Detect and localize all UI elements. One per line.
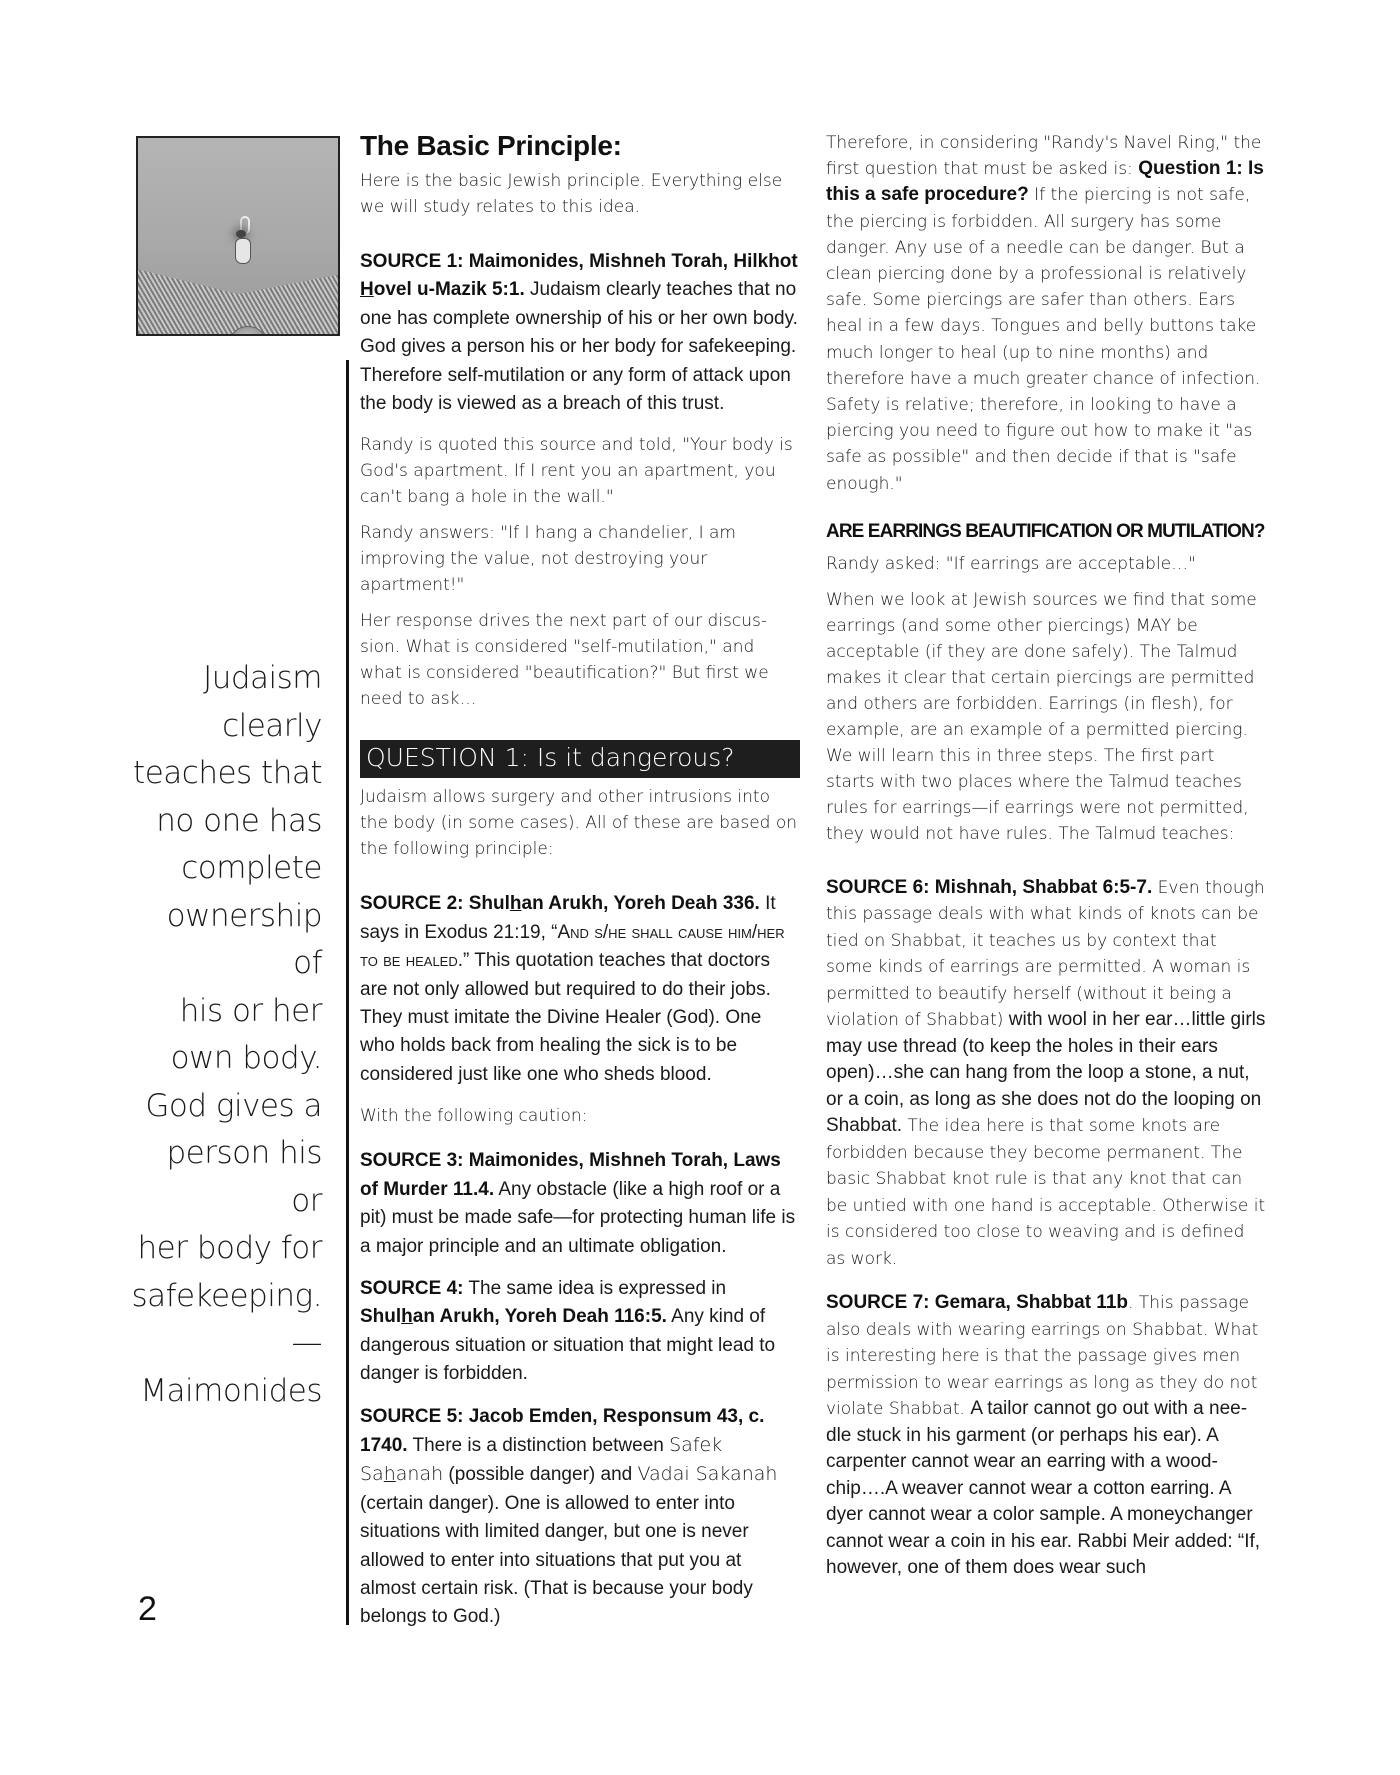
vertical-divider (346, 360, 349, 1625)
middle-column: The Basic Principle: Here is the basic J… (360, 130, 800, 1646)
navel-piercing-photo (136, 136, 340, 336)
pull-quote-attribution: —Maimonides (130, 1320, 322, 1415)
pull-quote-line: own body. (130, 1035, 322, 1083)
jewish-sources-paragraph: When we look at Jewish sources we find t… (826, 587, 1266, 847)
safety-paragraph: Therefore, in considering "Randy's Navel… (826, 130, 1266, 497)
source-4: SOURCE 4: The same idea is expressed in … (360, 1275, 800, 1389)
randy-answer-paragraph: Randy answers: "If I hang a chandelier, … (360, 520, 800, 598)
pull-quote-line: teaches that (130, 750, 322, 798)
pull-quote-line: her body for (130, 1225, 322, 1273)
pull-quote-line: clearly (130, 703, 322, 751)
pull-quote-line: complete (130, 845, 322, 893)
pull-quote-line: his or her (130, 988, 322, 1036)
randy-asked-line: Randy asked: "If earrings are acceptable… (826, 551, 1266, 577)
source-1: SOURCE 1: Maimonides, Mishneh Torah, Hil… (360, 248, 800, 418)
hamsa-charm-icon (235, 238, 251, 264)
navel-shape (236, 230, 246, 238)
response-paragraph: Her response drives the next part of our… (360, 608, 800, 712)
pull-quote-line: God gives a (130, 1083, 322, 1131)
pull-quote-line: ownership of (130, 893, 322, 988)
question-1-bar: QUESTION 1: Is it dangerous? (360, 740, 800, 778)
source-7: SOURCE 7: Gemara, Shabbat 11b. This pass… (826, 1290, 1266, 1582)
caution-line: With the following caution: (360, 1103, 800, 1129)
intro-paragraph: Here is the basic Jewish principle. Ever… (360, 168, 800, 220)
source-2: SOURCE 2: Shulhan Arukh, Yoreh Deah 336.… (360, 890, 800, 1089)
question-intro-paragraph: Judaism allows surgery and other intrusi… (360, 784, 800, 862)
randy-quote-paragraph: Randy is quoted this source and told, "Y… (360, 432, 800, 510)
gemara-quote: A tailor cannot go out with a nee­dle st… (826, 1398, 1260, 1578)
source-5: SOURCE 5: Jacob Emden, Responsum 43, c. … (360, 1403, 800, 1632)
source-6: SOURCE 6: Mishnah, Shabbat 6:5-7. Even t… (826, 875, 1266, 1273)
pull-quote-line: safekeeping. (130, 1273, 322, 1321)
pull-quote-line: no one has (130, 798, 322, 846)
earrings-heading: ARE EARRINGS BEAUTIFICATION OR MUTILATIO… (826, 521, 1266, 543)
source-3: SOURCE 3: Maimonides, Mishneh Torah, Law… (360, 1147, 800, 1261)
right-column: Therefore, in considering "Randy's Navel… (826, 130, 1266, 1592)
page-number: 2 (138, 1590, 157, 1629)
pull-quote: Judaism clearly teaches that no one has … (130, 655, 322, 1415)
pull-quote-line: person his or (130, 1130, 322, 1225)
pull-quote-line: Judaism (130, 655, 322, 703)
section-heading: The Basic Principle: (360, 130, 800, 162)
source-1-label: SOURCE 1: Maimonides, Mishneh Torah, Hil… (360, 251, 798, 272)
jeans-waistband-shape (136, 267, 340, 336)
